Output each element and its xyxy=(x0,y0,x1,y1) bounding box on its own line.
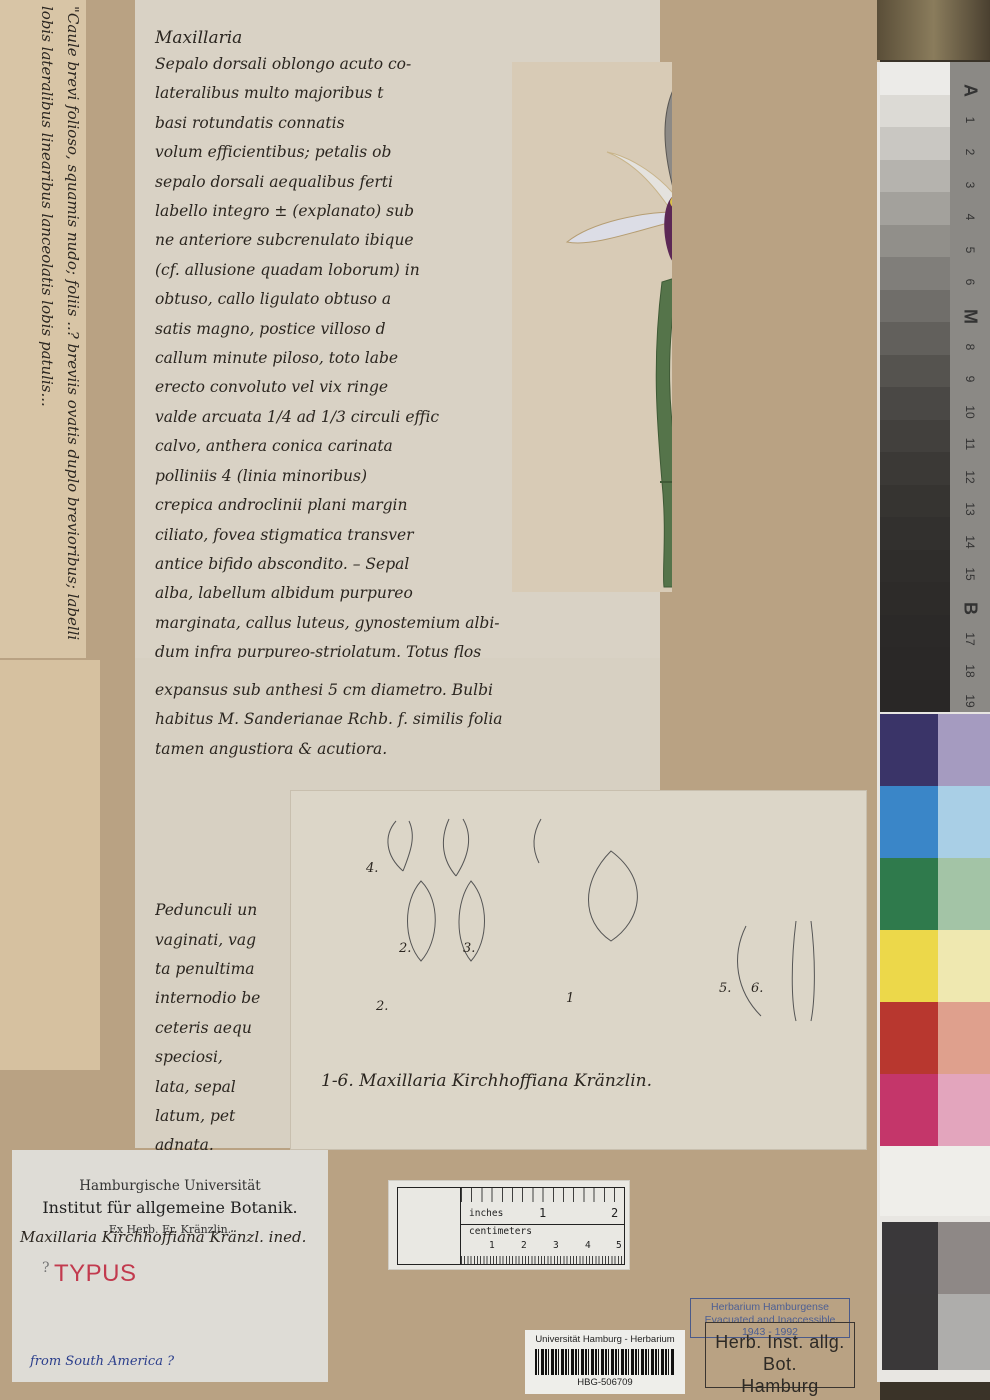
floral-parts-sketch-icon xyxy=(291,791,868,1151)
typus-question-mark: ? xyxy=(42,1260,50,1276)
typus-stamp: TYPUS xyxy=(54,1260,137,1288)
color-patch xyxy=(880,714,938,786)
label-determination: Maxillaria Kirchhoffiana Kränzl. ined. xyxy=(20,1228,306,1246)
color-patch xyxy=(938,858,990,930)
herbarium-sheet: "Caule brevi folioso, squamis nudo; foli… xyxy=(0,0,880,1400)
description-line: expansus sub anthesi 5 cm diametro. Bulb… xyxy=(155,676,660,705)
scale-label: A xyxy=(960,77,981,105)
dissection-caption: 1-6. Maxillaria Kirchhoffiana Kränzlin. xyxy=(321,1071,652,1091)
color-patch xyxy=(938,1222,990,1294)
color-patch xyxy=(938,930,990,1002)
barcode-institution: Universität Hamburg - Herbarium xyxy=(525,1330,685,1345)
scale-label: 4 xyxy=(963,203,977,231)
figure-label: 6. xyxy=(751,981,763,996)
figure-label: 5. xyxy=(719,981,731,996)
color-patch xyxy=(882,1222,938,1294)
figure-label: 3. xyxy=(463,941,475,956)
label-institute: Institut für allgemeine Botanik. xyxy=(12,1198,328,1217)
label-annotation: from South America ? xyxy=(30,1354,174,1369)
cm-ticks xyxy=(461,1256,625,1264)
cm-mark: 5 xyxy=(616,1240,622,1251)
scale-label: 3 xyxy=(963,171,977,199)
dissection-drawing: 4. 2. 3. 2. 1 5. 6. 1-6. Maxillaria Kirc… xyxy=(290,790,867,1150)
description-line: tamen angustiora & acutiora. xyxy=(155,735,660,764)
scale-label: 13 xyxy=(963,495,977,523)
scale-label: 5 xyxy=(963,236,977,264)
figure-label: 2. xyxy=(399,941,411,956)
color-patch xyxy=(938,714,990,786)
cm-mark: 3 xyxy=(553,1240,559,1251)
scale-label: 6 xyxy=(963,268,977,296)
scale-label: 18 xyxy=(963,657,977,685)
description-line: habitus M. Sanderianae Rchb. f. similis … xyxy=(155,705,660,734)
scale-label: 10 xyxy=(963,398,977,426)
side-note-strip: "Caule brevi folioso, squamis nudo; foli… xyxy=(0,0,86,658)
white-patch xyxy=(880,1146,990,1216)
scale-label: 8 xyxy=(963,333,977,361)
scale-label: 17 xyxy=(963,625,977,653)
inch-mark: 2 xyxy=(611,1206,618,1220)
gray-scale-patches xyxy=(880,62,950,712)
stamp-line: Herb. Inst. allg. Bot. xyxy=(706,1331,854,1375)
label-university: Hamburgische Universität xyxy=(12,1178,328,1194)
color-patch xyxy=(880,786,938,858)
scale-label: 19 xyxy=(963,687,977,715)
color-patch xyxy=(938,1294,990,1370)
scale-label: M xyxy=(960,303,981,331)
scale-label: 12 xyxy=(963,463,977,491)
orchid-watercolor-painting xyxy=(512,62,672,592)
color-patch xyxy=(938,1002,990,1074)
scale-label: 14 xyxy=(963,528,977,556)
description-line: marginata, callus luteus, gynostemium al… xyxy=(155,609,660,638)
blank-paper-strip xyxy=(0,660,100,1070)
centimeters-label: centimeters xyxy=(469,1226,532,1237)
orchid-flower-icon xyxy=(512,62,672,592)
color-patch xyxy=(880,1002,938,1074)
scale-label: 9 xyxy=(963,365,977,393)
inch-mark: 1 xyxy=(539,1206,546,1220)
figure-label: 4. xyxy=(366,861,378,876)
figure-label: 1 xyxy=(566,991,574,1006)
color-patch xyxy=(938,1074,990,1146)
stamp-line: Herbarium Hamburgense xyxy=(691,1301,849,1314)
scale-ruler: inches 1 2 centimeters 1 2 3 4 5 xyxy=(388,1180,630,1270)
barcode-icon xyxy=(535,1349,675,1375)
color-patch xyxy=(882,1294,938,1370)
barcode-id: HBG-506709 xyxy=(525,1377,685,1388)
cm-mark: 1 xyxy=(489,1240,495,1251)
color-patch xyxy=(880,858,938,930)
cm-mark: 2 xyxy=(521,1240,527,1251)
cm-mark: 4 xyxy=(585,1240,591,1251)
barcode-label: Universität Hamburg - Herbarium HBG-5067… xyxy=(525,1330,685,1394)
color-patch xyxy=(880,930,938,1002)
scale-label: 11 xyxy=(963,430,977,458)
color-calibration-chart: A 1 2 3 4 5 6 M 8 9 10 11 12 13 14 15 B … xyxy=(877,62,990,1382)
herbarium-label: Hamburgische Universität Institut für al… xyxy=(12,1150,328,1382)
scanner-background xyxy=(877,0,990,60)
figure-label: 2. xyxy=(376,999,388,1014)
inch-ticks xyxy=(461,1188,625,1202)
description-title: Maxillaria xyxy=(155,28,660,48)
institute-stamp: Herb. Inst. allg. Bot. Hamburg xyxy=(705,1322,855,1388)
scale-label: B xyxy=(960,595,981,623)
inches-label: inches xyxy=(469,1208,503,1219)
scale-label: 1 xyxy=(963,106,977,134)
gray-scale-labels: A 1 2 3 4 5 6 M 8 9 10 11 12 13 14 15 B … xyxy=(950,62,990,712)
stamp-line: Hamburg xyxy=(706,1375,854,1397)
color-patch xyxy=(938,786,990,858)
scale-label: 2 xyxy=(963,138,977,166)
color-patch xyxy=(880,1074,938,1146)
side-note-text: "Caule brevi folioso, squamis nudo; foli… xyxy=(34,6,86,646)
scale-label: 15 xyxy=(963,560,977,588)
